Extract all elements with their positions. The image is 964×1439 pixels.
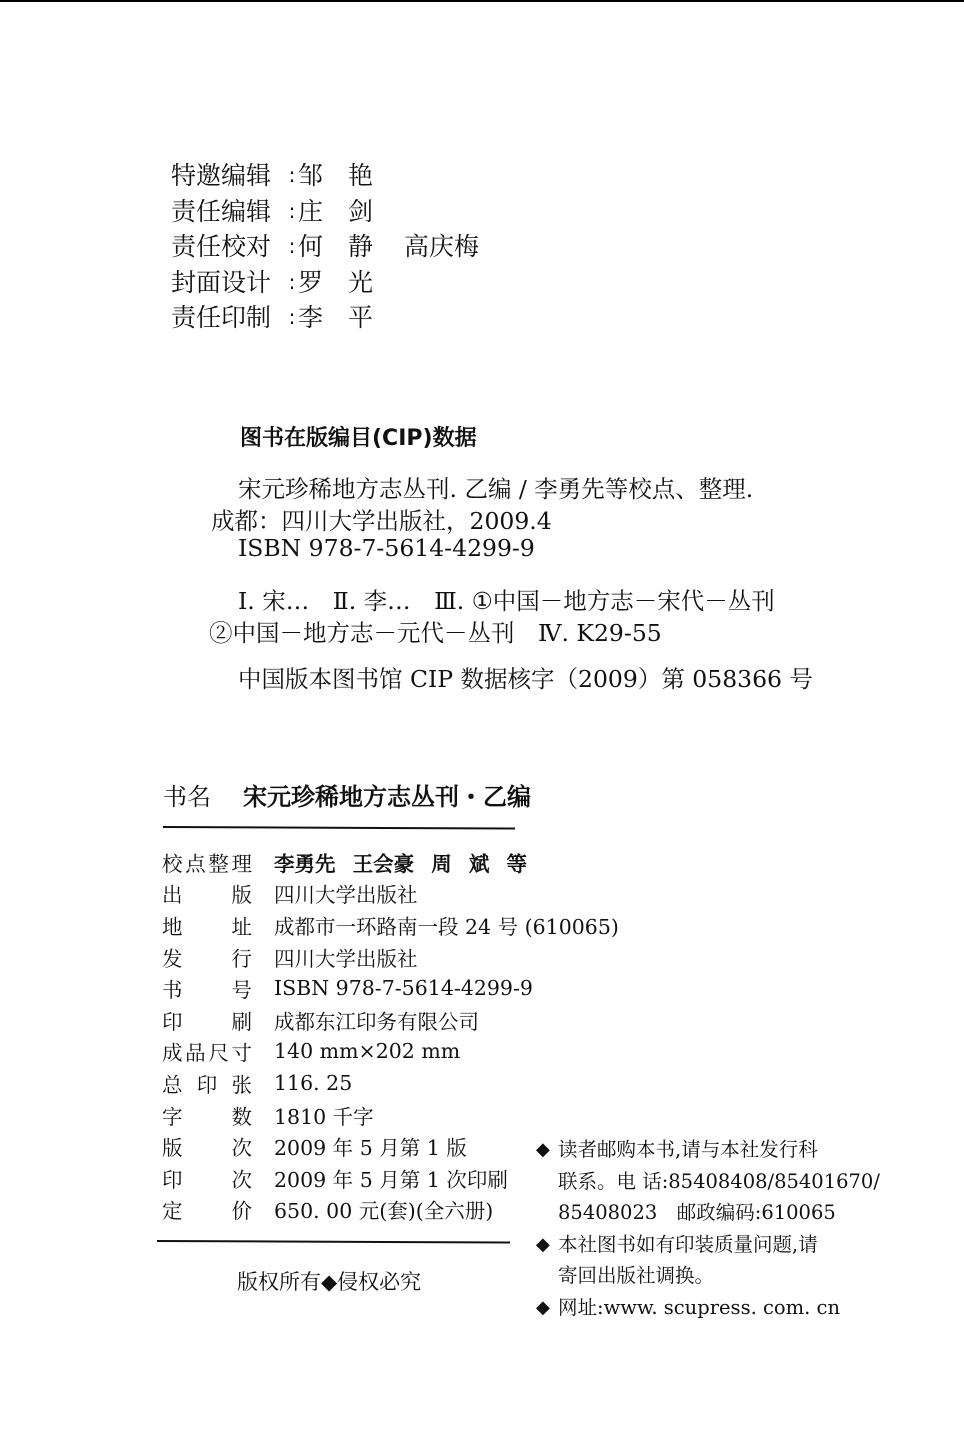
note-item: ◆ 网址:www. scupress. com. cn bbox=[536, 1292, 856, 1324]
info-row: 出版 四川大学出版社 bbox=[162, 878, 619, 910]
note-line: 本社图书如有印装质量问题,请 bbox=[558, 1229, 856, 1261]
info-value: 成都东江印务有限公司 bbox=[274, 1005, 479, 1035]
cip-classification: ②中国－地方志－元代－丛刊 Ⅳ. K29-55 bbox=[209, 614, 662, 648]
info-value: 140 mm×202 mm bbox=[274, 1039, 460, 1063]
note-line: 寄回出版社调换。 bbox=[558, 1260, 856, 1292]
info-label: 印刷 bbox=[162, 1005, 252, 1035]
cip-isbn: ISBN 978-7-5614-4299-9 bbox=[238, 534, 535, 562]
copyright-notice: 版权所有◆侵权必究 bbox=[237, 1266, 421, 1296]
info-value: 116. 25 bbox=[274, 1071, 352, 1095]
credit-name: 李 平 bbox=[298, 300, 402, 336]
info-row: 校点整理 李勇先 王会豪 周 斌 等 bbox=[162, 846, 619, 878]
divider-rule bbox=[157, 1240, 510, 1244]
credit-row: 特邀编辑 : 邹 艳 bbox=[171, 158, 479, 194]
credit-colon: : bbox=[286, 300, 298, 336]
info-label: 版次 bbox=[162, 1131, 252, 1161]
top-border-rule bbox=[0, 0, 964, 2]
info-row: 地址 成都市一环路南一段 24 号 (610065) bbox=[162, 909, 619, 941]
note-line: 读者邮购本书,请与本社发行科 bbox=[558, 1134, 856, 1166]
publisher-notes: ◆ 读者邮购本书,请与本社发行科 联系。电 话:85408408/8540167… bbox=[536, 1134, 856, 1323]
diamond-bullet-icon: ◆ bbox=[536, 1229, 550, 1261]
info-value: 2009 年 5 月第 1 次印刷 bbox=[274, 1163, 508, 1193]
credit-role: 特邀编辑 bbox=[171, 158, 286, 194]
note-line: 85408023 邮政编码:610065 bbox=[558, 1197, 856, 1229]
info-label: 校点整理 bbox=[162, 847, 252, 877]
diamond-bullet-icon: ◆ bbox=[536, 1292, 550, 1324]
diamond-bullet-icon: ◆ bbox=[536, 1134, 550, 1166]
book-title-row: 书名宋元珍稀地方志丛刊・乙编 bbox=[163, 777, 531, 812]
credit-role: 责任编辑 bbox=[171, 194, 286, 230]
info-label: 成品尺寸 bbox=[162, 1036, 252, 1066]
info-value: ISBN 978-7-5614-4299-9 bbox=[274, 976, 533, 1000]
info-row: 总印张 116. 25 bbox=[162, 1067, 619, 1099]
info-row: 成品尺寸 140 mm×202 mm bbox=[162, 1036, 619, 1068]
info-label: 出版 bbox=[162, 878, 252, 908]
book-title-label: 书名 bbox=[163, 777, 243, 812]
info-label: 字数 bbox=[162, 1100, 252, 1130]
cip-line: 成都：四川大学出版社，2009.4 bbox=[211, 502, 552, 536]
info-label: 地址 bbox=[162, 910, 252, 940]
credit-row: 责任编辑 : 庄 剑 bbox=[171, 194, 479, 230]
credit-row: 责任校对 : 何 静 高庆梅 bbox=[171, 229, 479, 265]
info-value: 四川大学出版社 bbox=[274, 942, 418, 972]
credit-colon: : bbox=[286, 265, 298, 301]
credit-row: 责任印制 : 李 平 bbox=[171, 300, 479, 336]
cip-heading: 图书在版编目(CIP)数据 bbox=[240, 421, 477, 452]
editorial-credits: 特邀编辑 : 邹 艳 责任编辑 : 庄 剑 责任校对 : 何 静 高庆梅 封面设… bbox=[171, 158, 479, 336]
info-label: 印次 bbox=[162, 1163, 252, 1193]
info-row: 书号 ISBN 978-7-5614-4299-9 bbox=[162, 972, 619, 1004]
info-label: 定价 bbox=[162, 1194, 252, 1224]
cip-line: 宋元珍稀地方志丛刊. 乙编 / 李勇先等校点、整理. bbox=[238, 470, 753, 504]
cip-verification-number: 中国版本图书馆 CIP 数据核字（2009）第 058366 号 bbox=[238, 660, 813, 694]
info-label: 书号 bbox=[162, 973, 252, 1003]
credit-extra: 高庆梅 bbox=[404, 229, 479, 265]
credit-role: 责任校对 bbox=[171, 229, 286, 265]
credit-colon: : bbox=[286, 158, 298, 194]
credit-row: 封面设计 : 罗 光 bbox=[171, 265, 479, 301]
info-row: 发行 四川大学出版社 bbox=[162, 941, 619, 973]
credit-name: 罗 光 bbox=[298, 265, 402, 301]
website-url: 网址:www. scupress. com. cn bbox=[558, 1292, 856, 1324]
info-value: 四川大学出版社 bbox=[274, 878, 418, 908]
credit-colon: : bbox=[286, 229, 298, 265]
credit-name: 何 静 bbox=[298, 229, 402, 265]
note-item: ◆ 读者邮购本书,请与本社发行科 联系。电 话:85408408/8540167… bbox=[536, 1134, 856, 1229]
cip-classification: Ⅰ. 宋… Ⅱ. 李… Ⅲ. ①中国－地方志－宋代－丛刊 bbox=[238, 582, 775, 616]
info-row: 印刷 成都东江印务有限公司 bbox=[162, 1004, 619, 1036]
info-row: 字数 1810 千字 bbox=[162, 1099, 619, 1131]
book-title-value: 宋元珍稀地方志丛刊・乙编 bbox=[243, 783, 531, 811]
divider-rule bbox=[163, 826, 515, 830]
credit-name: 邹 艳 bbox=[298, 158, 402, 194]
note-line: 联系。电 话:85408408/85401670/ bbox=[558, 1166, 856, 1198]
info-label: 总印张 bbox=[162, 1068, 252, 1098]
credit-role: 责任印制 bbox=[171, 300, 286, 336]
credit-role: 封面设计 bbox=[171, 265, 286, 301]
info-value: 1810 千字 bbox=[274, 1100, 374, 1130]
info-value: 成都市一环路南一段 24 号 (610065) bbox=[274, 910, 619, 940]
info-label: 发行 bbox=[162, 942, 252, 972]
credit-name: 庄 剑 bbox=[298, 194, 402, 230]
info-value: 李勇先 王会豪 周 斌 等 bbox=[274, 847, 527, 877]
info-value: 2009 年 5 月第 1 版 bbox=[274, 1131, 467, 1161]
credit-colon: : bbox=[286, 194, 298, 230]
info-value: 650. 00 元(套)(全六册) bbox=[274, 1194, 493, 1224]
note-item: ◆ 本社图书如有印装质量问题,请 寄回出版社调换。 bbox=[536, 1229, 856, 1292]
